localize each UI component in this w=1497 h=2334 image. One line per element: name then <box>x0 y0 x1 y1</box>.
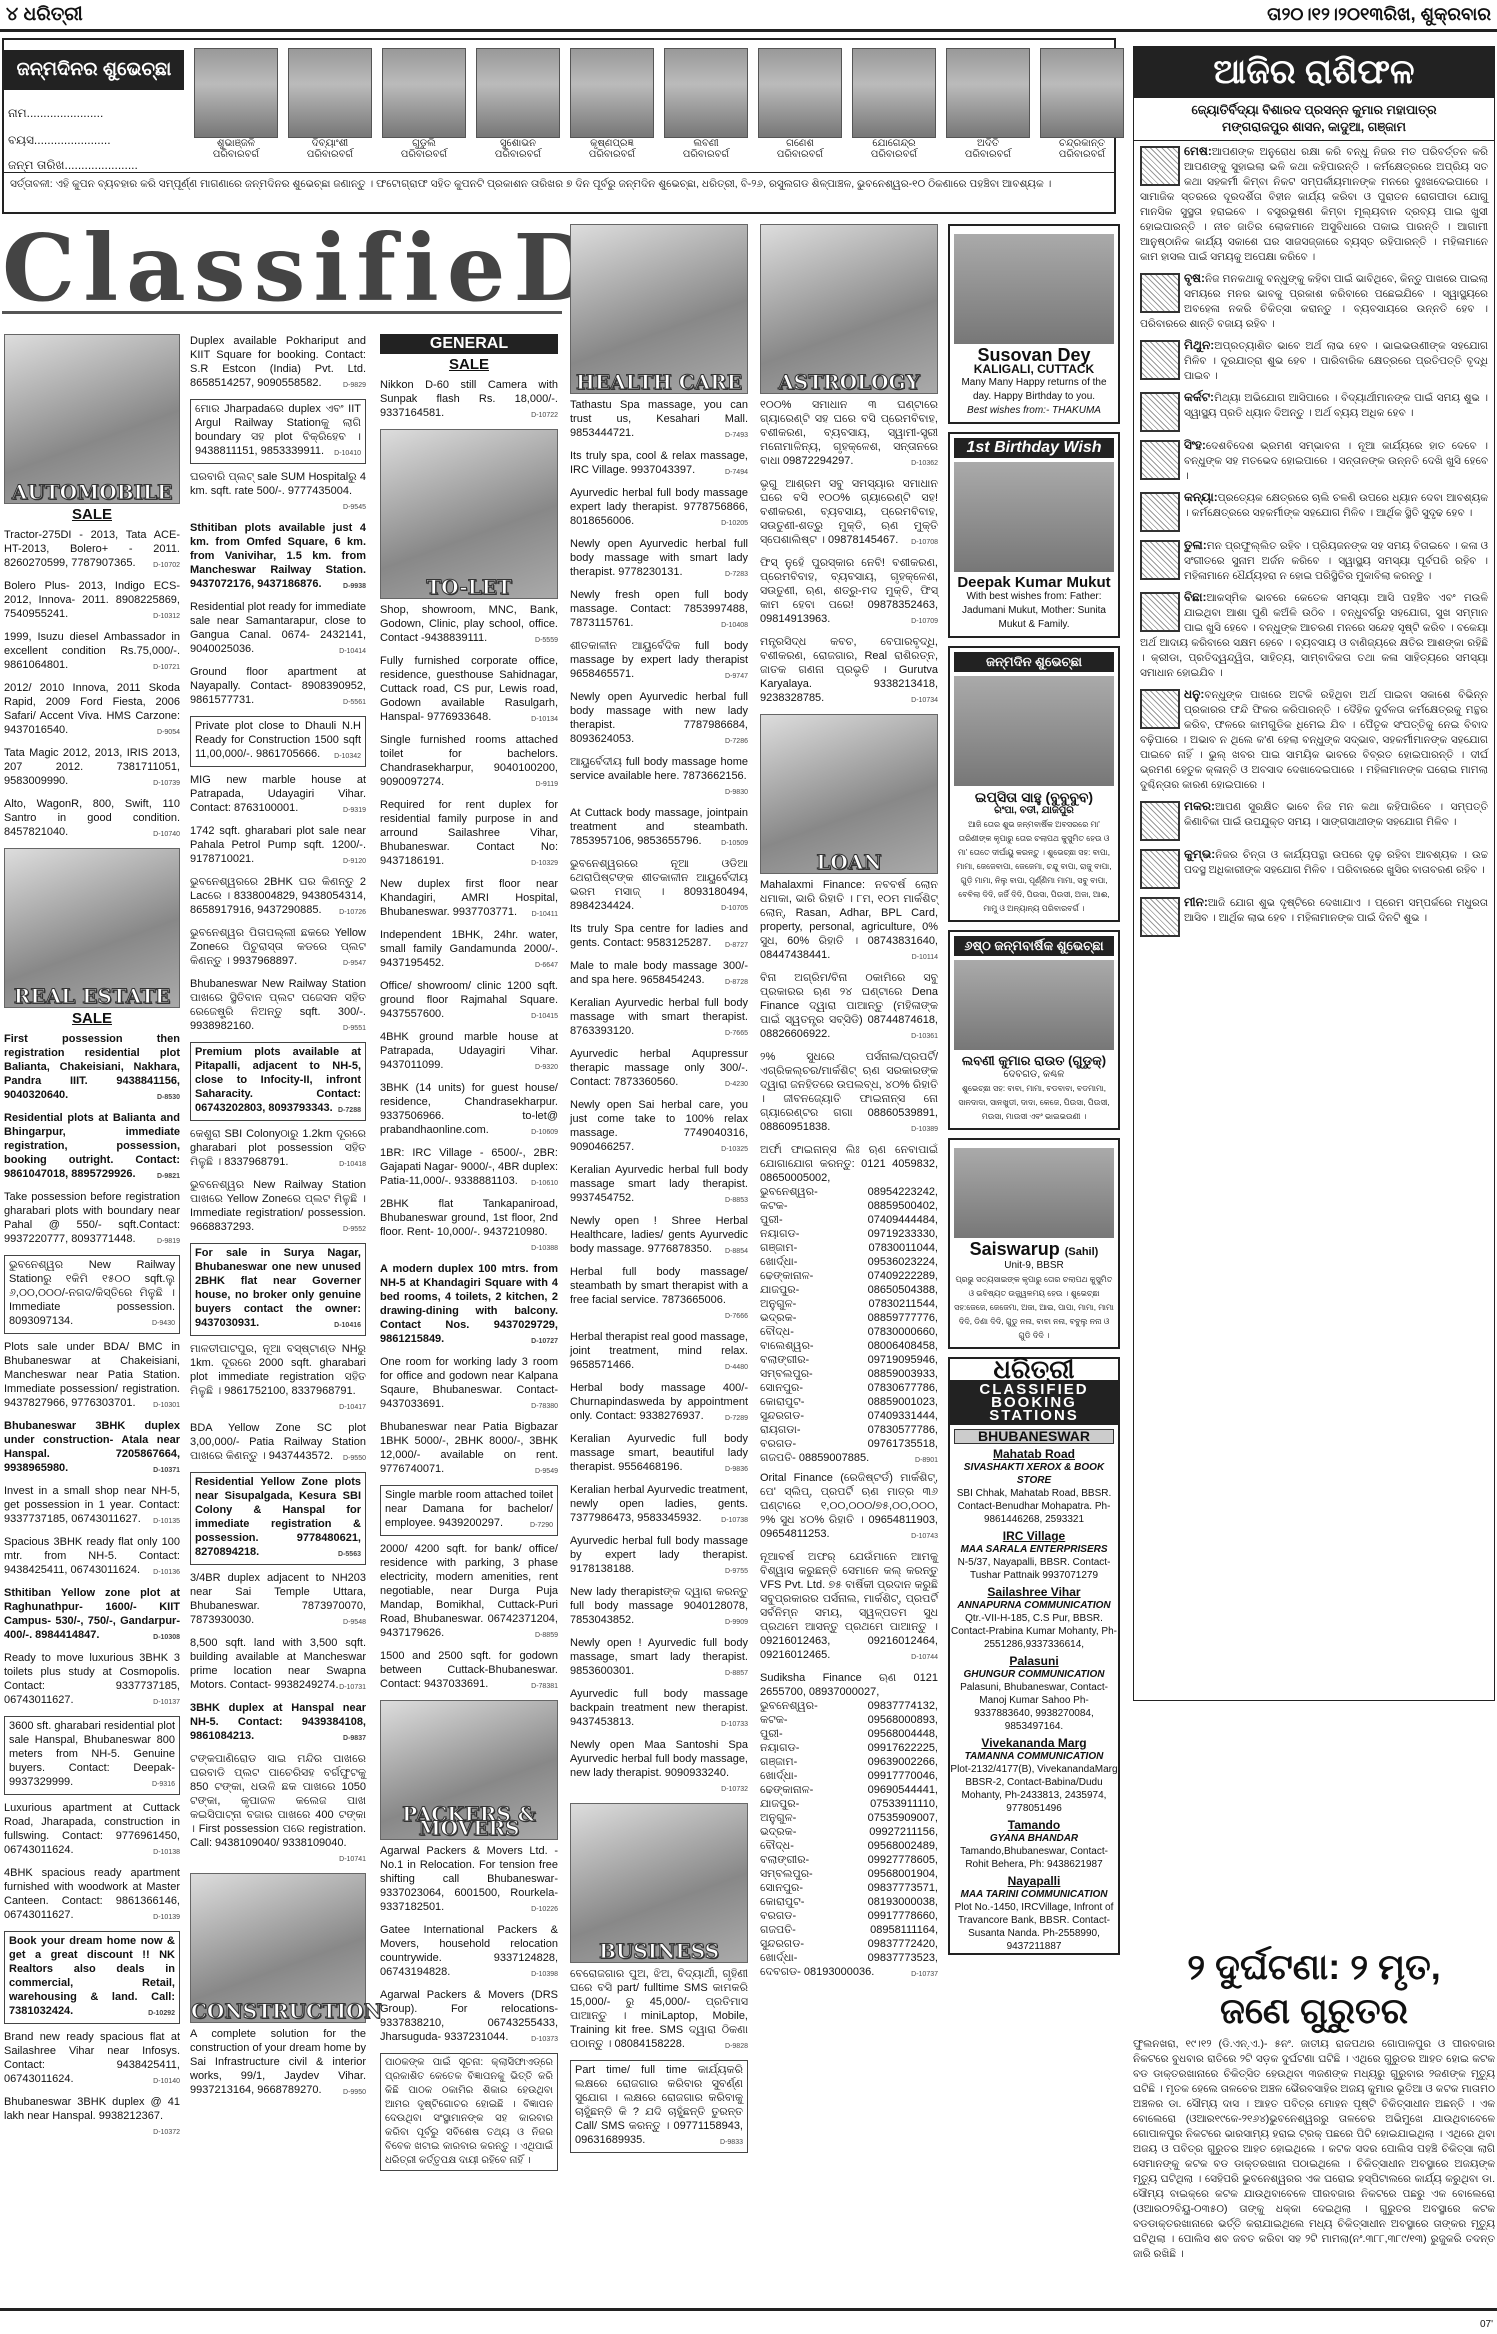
child-photo <box>954 462 1114 572</box>
loan-ads: Mahalaxmi Finance: ନବବର୍ଷ ଲୋନ ଧମାକା, ଭାର… <box>760 878 938 1979</box>
classified-ad: For sale in Surya Nagar, Bhubaneswar one… <box>190 1243 366 1336</box>
packers-ads: Agarwal Packers & Movers Ltd. - No.1 in … <box>380 1844 558 2047</box>
classified-ad: Single furnished rooms attached toilet f… <box>380 733 558 792</box>
general-sale-ads: Nikkon D-60 still Camera with Sunpak fla… <box>380 378 558 423</box>
packers-image: PACKERS & MOVERS <box>380 1700 558 1840</box>
classified-ad: 1BR: IRC Village - 6500/-, 2BR: Gajapati… <box>380 1146 558 1191</box>
classified-ad: ଭୁବନେଶ୍ୱର New Railway Stationରୁ ୧କିମି ୧୫… <box>4 1255 180 1334</box>
classified-ad: Duplex available Pokhariput and KIIT Squ… <box>190 334 366 393</box>
birthday-kid: ଲବଣୀପରିବାରବର୍ଗ <box>664 48 748 160</box>
automobile-image: AUTOMOBILE <box>4 334 180 504</box>
classified-ad: ମାଳତୀପାଟପୁର, ନୂଆ ବସ୍ଷ୍ଟାଣ୍ଡ NHରୁ 1km. ଦୂ… <box>190 1342 366 1415</box>
page-code: 07' <box>1480 2319 1493 2330</box>
classified-ad: ୧୦୦% ସମାଧାନ ୩ ଘଣ୍ଟାରେ ଗ୍ୟାରେଣ୍ଟି ସହ ଘରେ … <box>760 398 938 471</box>
horoscope-sign: ମୀନ:ଆଜି ଯୋଗ ଶୁଭ ଦୃଷ୍ଟିରେ ଦେଖାଯାଏ । ପ୍ରେମ… <box>1134 892 1494 940</box>
birthday-coupon-title: ଜନ୍ମଦିନର ଶୁଭେଚ୍ଛା <box>4 50 184 90</box>
classified-ad: MIG new marble house at Patrapada, Udaya… <box>190 773 366 818</box>
booking-station: NayapalliMAA TARINI COMMUNICATIONPlot No… <box>950 1875 1118 1953</box>
kid-photo <box>476 48 560 138</box>
age-field: ବୟସ....................... <box>8 133 111 148</box>
kid-photo <box>758 48 842 138</box>
booking-station: IRC VillageMAA SARALA ENTERPRISERSN-5/37… <box>950 1530 1118 1582</box>
child-photo <box>954 1148 1114 1238</box>
horoscope-sign: ମେଷ:ଆପଣଙ୍କ ଅନୁରୋଧ ରକ୍ଷା କରି ବନ୍ଧୁ ନିଜର ମ… <box>1134 141 1494 268</box>
realestate-label: REAL ESTATE <box>5 989 179 1003</box>
healthcare-label: HEALTH CARE <box>571 375 747 389</box>
realestate-ads-cont: Duplex available Pokhariput and KIIT Squ… <box>190 334 366 1867</box>
classified-ad: First possession then registration resid… <box>4 1032 180 1105</box>
general-heading: GENERAL <box>380 334 558 354</box>
classified-ad: Brand new ready spacious flat at Sailash… <box>4 2030 180 2089</box>
classified-masthead: ClassifieD <box>2 222 562 314</box>
horoscope-sign: କନ୍ୟା:ପ୍ରତ୍ୟେକ କ୍ଷେତ୍ରରେ ଚାଲି ଚଳଣି ଉପରେ … <box>1134 487 1494 535</box>
classified-ad: A modern duplex 100 mtrs. from NH-5 at K… <box>380 1262 558 1349</box>
general-sale-heading: SALE <box>380 358 558 372</box>
classified-ad: ନୂଆବର୍ଷ ଅଫର୍ ଯେଉଁମାନେ ଆମକୁ ବିଶ୍ୱାସ କରୁଛନ… <box>760 1550 938 1665</box>
classified-ad: Newly open Ayurvedic herbal full body ma… <box>570 690 748 749</box>
birthday-wish-ipsita: ଜନ୍ମଦିନ ଶୁଭେଚ୍ଛା ଇପ୍‌ସିତା ସାହୁ (ବୁବୁବୁବ)… <box>948 646 1120 922</box>
classified-ad: 1999, Isuzu diesel Ambassador in excelle… <box>4 630 180 675</box>
news-article: ୨ ଦୁର୍ଘଟଣା: ୨ ମୃତ, ଜଣେ ଗୁରୁତର ଫୁଲନଖରା, ୧… <box>1133 1945 1495 2262</box>
news-headline-2: ଜଣେ ଗୁରୁତର <box>1133 1989 1495 2033</box>
name-field: ନାମ....................... <box>8 106 103 121</box>
horoscope-sign: କର୍କଟ:ମିଥ୍ୟା ଅଭିଯୋଗ ଆସିପାରେ । ବିଦ୍ୟାର୍ଥୀ… <box>1134 387 1494 435</box>
realestate-ads: First possession then registration resid… <box>4 1032 180 2140</box>
classified-ad: ଶୀତକାଳୀନ ଆୟୁର୍ବେଦିକ full body massage by… <box>570 639 748 684</box>
birthday-coupon: ଜନ୍ମଦିନର ଶୁଭେଚ୍ଛା ନାମ...................… <box>2 38 1116 214</box>
booking-station: TamandoGYANA BHANDARTamando,Bhubaneswar,… <box>950 1819 1118 1871</box>
classified-ad: At Cuttack body massage, jointpain treat… <box>570 806 748 851</box>
tolet-image: TO-LET <box>380 429 558 599</box>
business-ads: ବେରୋଜଗାର ପୁଅ, ଝିଅ, ବିଦ୍ୟାର୍ଥୀ, ଗୃହିଣୀ ଘର… <box>570 1967 748 2153</box>
construction-image: CONSTRUCTION <box>190 1873 366 2023</box>
classified-ad: Residential plot ready for immediate sal… <box>190 600 366 659</box>
kid-photo <box>570 48 654 138</box>
classified-ad: ଭୁବନେଶ୍ୱରରେ ନୂଆ ଓଡିଆ ଥେରାପିଷ୍ଟଙ୍କ ଶୀତକାଳ… <box>570 857 748 916</box>
classified-ad: Newly open Ayurvedic herbal full body ma… <box>570 537 748 582</box>
classified-ad: Herbal therapist real good massage, join… <box>570 1330 748 1375</box>
page-header: ୪ ଧରିତ୍ରୀ ତା୨୦।୧୨।୨୦୧୩ରିଖ, ଶୁକ୍ରବାର <box>0 0 1497 32</box>
zodiac-icon <box>1140 540 1180 580</box>
footer-rule <box>0 2308 1497 2311</box>
classified-ad: 3600 sft. gharabari residential plot sal… <box>4 1716 180 1795</box>
birthday-kid: ଅଦିତିପରିବାରବର୍ଗ <box>946 48 1030 160</box>
classified-ad: Nikkon D-60 still Camera with Sunpak fla… <box>380 378 558 423</box>
construction-label: CONSTRUCTION <box>191 2004 365 2018</box>
classified-ad: Fully furnished corporate office, reside… <box>380 654 558 727</box>
classified-ad: ଭୁବନେଶ୍ୱର ପିତାପଲ୍ଲୀ ଛକରେ Yellow Zoneରେ ପ… <box>190 926 366 971</box>
classified-ad: Bhubaneswar New Railway Station ପାଖରେ ସ୍… <box>190 977 366 1036</box>
classified-ad: Tata Magic 2012, 2013, IRIS 2013, 207 20… <box>4 746 180 791</box>
column-automobile-realestate: AUTOMOBILE SALE Tractor-275DI - 2013, Ta… <box>4 334 180 2146</box>
classified-ad: Ayurvedic herbal full body massage by ex… <box>570 1534 748 1579</box>
birthday-wish-deepak: 1st Birthday Wish Deepak Kumar Mukut Wit… <box>948 432 1120 638</box>
classified-ad: 1742 sqft. gharabari plot sale near Paha… <box>190 824 366 869</box>
zodiac-icon <box>1140 340 1180 380</box>
healthcare-ads: Tathastu Spa massage, you can trust us, … <box>570 398 748 1797</box>
classified-ad: ବିନା ଅଗ୍ରିମ/ବିନା ଠକାମିରେ ସବୁ ପ୍ରକାରର ଋଣ … <box>760 971 938 1044</box>
birthday-kid: ଶୁଭାଞ୍ଜଳିପରିବାରବର୍ଗ <box>194 48 278 160</box>
tolet-label: TO-LET <box>381 580 557 594</box>
classified-ad: Bhubaneswar near Patia Bigbazar 1BHK 500… <box>380 1420 558 1479</box>
classified-ad: Orital Finance (ରେଜିଷ୍ଟର୍ଡ) ମାର୍କଶିଟ୍, ପ… <box>760 1471 938 1544</box>
classified-ad: 2000/ 4200 sqft. for bank/ office/ resid… <box>380 1542 558 1643</box>
classified-ad: କେଶୁରା SBI Colonyଠାରୁ 1.2km ଦୂରରେ gharab… <box>190 1127 366 1172</box>
classified-ad: Agarwal Packers & Movers (DRS Group). Fo… <box>380 1988 558 2047</box>
zodiac-icon <box>1140 146 1180 186</box>
classified-ad: Alto, WagonR, 800, Swift, 110 Santro in … <box>4 797 180 842</box>
classified-ad: ମନ୍ତ୍ରସିଦ୍ଧ କବଚ, ବେପାରବୃଦ୍ଧି, ବଶୀକରଣ, ରୋ… <box>760 635 938 708</box>
booking-stations: ଧରିତ୍ରୀ CLASSIFIED BOOKING STATIONS BHUB… <box>948 1357 1120 1955</box>
classified-ad: Ready to move luxurious 3BHK 3 toilets p… <box>4 1651 180 1710</box>
birthday-wish-saiswarup: Saiswarup (Sahil) Unit-9, BBSR ପ୍ରଭୁ ସତ୍… <box>948 1138 1120 1349</box>
finance-branch-list: ଅର୍ଫା ଫାଇନାନ୍ସ ଲିଃ ଋଣ ନେବାପାଇଁ ଯୋଗାଯୋଗ କ… <box>760 1143 938 1465</box>
dharitri-logo: ଧରିତ୍ରୀ <box>950 1359 1118 1380</box>
birthday-kid: କୃଷ୍ଣପ୍ରଜ୍ଞପରିବାରବର୍ଗ <box>570 48 654 160</box>
classified-ad: Sthitiban Yellow zone plot at Raghunathp… <box>4 1586 180 1645</box>
kid-photo <box>194 48 278 138</box>
classified-ad: Private plot close to Dhauli N.H Ready f… <box>190 716 366 767</box>
loan-label: LOAN <box>761 855 937 869</box>
horoscope-sign: ବିଛା:ଆକସ୍ମିକ ଭାବରେ କେତେକ ସମସ୍ୟା ଆସି ପହଞ୍… <box>1134 587 1494 684</box>
zodiac-icon <box>1140 689 1180 729</box>
birthday-kid: ଗୁଡୁଲିପରିବାରବର୍ଗ <box>382 48 466 160</box>
classified-ad: 2BHK flat Tankapaniroad, Bhubaneswar gro… <box>380 1197 558 1256</box>
classified-ad: Invest in a small shop near NH-5, get po… <box>4 1484 180 1529</box>
kid-photo <box>1040 48 1124 138</box>
birthday-kid: ଗଣେଶପରିବାରବର୍ଗ <box>758 48 842 160</box>
astrology-image: ASTROLOGY <box>760 224 938 394</box>
child-photo <box>954 234 1114 344</box>
birthday-wish-susovan: Susovan Dey KALIGALI, CUTTACK Many Many … <box>948 224 1120 424</box>
zodiac-icon <box>1140 492 1180 532</box>
finance-branch-list: Sudiksha Finance ଋଣ 0121 2655700, 089370… <box>760 1671 938 1979</box>
horoscope-sign: ସିଂହ:ଦେଶବିଦେଶ ଭ୍ରମଣ ସମ୍ଭାବନା । ନୂଆ କାର୍ଯ… <box>1134 435 1494 487</box>
classified-ad: ଭୁବନେଶ୍ୱର New Railway Station ପାଖରେ Yell… <box>190 1178 366 1237</box>
booking-station: Sailashree ViharANNAPURNA COMMUNICATIONQ… <box>950 1586 1118 1651</box>
tolet-ads: Shop, showroom, MNC, Bank, Godown, Clini… <box>380 603 558 1694</box>
classified-ad: Herbal full body massage/ steambath by s… <box>570 1265 748 1324</box>
horoscope-author: ଜ୍ୟୋତିର୍ବିଦ୍ୟା ବିଶାରଦ ପ୍ରସନ୍ନ କୁମାର ମହାପ… <box>1134 98 1494 141</box>
business-image: BUSINESS <box>570 1803 748 1963</box>
classified-ad: New lady therapistଙ୍କ ଦ୍ୱାରା କରନ୍ତୁ full… <box>570 1585 748 1630</box>
birthday-wish-labani: ୬ଷ୍ଠ ଜନ୍ମବାର୍ଷିକ ଶୁଭେଚ୍ଛା ଲବଣୀ କୁମାର ରାଉ… <box>948 930 1120 1130</box>
classified-ad: Required for rent duplex for residential… <box>380 798 558 871</box>
booking-station: Mahatab RoadSIVASHAKTI XEROX & BOOK STOR… <box>950 1448 1118 1526</box>
classified-ad: Mahalaxmi Finance: ନବବର୍ଷ ଲୋନ ଧମାକା, ଭାର… <box>760 878 938 965</box>
kid-photo <box>288 48 372 138</box>
reader-disclaimer: ପାଠକଙ୍କ ପାଇଁ ସୂଚନା: କ୍ଲାସିଫାଏଡ୍‌ରେ ପ୍ରକା… <box>380 2053 558 2171</box>
classified-ad: Office/ showroom/ clinic 1200 sqft. grou… <box>380 979 558 1024</box>
classified-ad: ଆୟୁର୍ବେଦୀୟ full body massage home servic… <box>570 755 748 800</box>
booking-city: BHUBANESWAR <box>954 1429 1114 1444</box>
classified-ad: Spacious 3BHK ready flat only 100 mtr. f… <box>4 1535 180 1580</box>
zodiac-icon <box>1140 392 1180 432</box>
page-number: ୪ ଧରିତ୍ରୀ <box>6 4 83 26</box>
realestate-image: REAL ESTATE <box>4 848 180 1008</box>
classified-ad: Bhubaneswar 3BHK duplex @ 41 lakh near H… <box>4 2095 180 2140</box>
automobile-sale-heading: SALE <box>4 508 180 522</box>
classified-ad: Herbal body massage 400/- Churnapindaswe… <box>570 1381 748 1426</box>
classified-ad: ୨% ସୁଧରେ ପର୍ସନାଲ/ପ୍ରପର୍ଟି/ଏଗ୍ରିକଲ୍ଚର/ମାର… <box>760 1050 938 1137</box>
zodiac-icon <box>1140 897 1180 937</box>
classified-ad: Ground floor apartment at Nayapally. Con… <box>190 665 366 710</box>
classified-ad: Newly open Maa Santoshi Spa Ayurvedic he… <box>570 1738 748 1797</box>
automobile-label: AUTOMOBILE <box>5 485 179 499</box>
classified-ad: Shop, showroom, MNC, Bank, Godown, Clini… <box>380 603 558 648</box>
classified-ad: ଭୃଗୁ ଆଶ୍ରମ ସବୁ ସମସ୍ୟାର ସମାଧାନ ଘରେ ବସି ୧୦… <box>760 477 938 550</box>
classified-ad: 3BHK duplex at Hanspal near NH-5. Contac… <box>190 1701 366 1746</box>
classified-ad: 1500 and 2500 sqft. for godown between C… <box>380 1649 558 1694</box>
child-photo <box>954 676 1114 786</box>
classified-ad: ଭୁବନେଶ୍ୱରରେ 2BHK ଘର କିଣନ୍ତୁ 2 Lacରେ । 83… <box>190 875 366 920</box>
astrology-label: ASTROLOGY <box>761 375 937 389</box>
classified-ad: Plots sale under BDA/ BMC in Bhubaneswar… <box>4 1340 180 1413</box>
horoscope-sign: କୁମ୍ଭ:ନିଜର ଚିନ୍ତା ଓ କାର୍ଯ୍ୟପନ୍ଥା ଉପରେ ଦୃ… <box>1134 844 1494 892</box>
news-body: ଫୁଲନଖରା, ୧୯।୧୨ (ଡି.ଏନ୍.ଏ.)- ୫ନଂ. ଜାତୀୟ ର… <box>1133 2037 1495 2262</box>
booking-station: Vivekananda MargTAMANNA COMMUNICATIONPlo… <box>950 1737 1118 1815</box>
column-healthcare: HEALTH CARE Tathastu Spa massage, you ca… <box>570 224 748 2159</box>
column-general-tolet: GENERAL SALE Nikkon D-60 still Camera wi… <box>380 334 558 2177</box>
birthday-kid: ଚନ୍ଦ୍ରକାନ୍ତପରିବାରବର୍ଗ <box>1040 48 1124 160</box>
zodiac-icon <box>1140 801 1180 841</box>
healthcare-image: HEALTH CARE <box>570 224 748 394</box>
kid-photo <box>946 48 1030 138</box>
classified-ad: Bhubaneswar 3BHK duplex under constructi… <box>4 1419 180 1478</box>
classified-ad: Newly open Sai herbal care, you just com… <box>570 1098 748 1157</box>
classified-ad: Ayurvedic herbal full body massage exper… <box>570 486 748 531</box>
horoscope-sign: ମିଥୁନ:ଅପ୍ରତ୍ୟାଶିତ ଭାବେ ଅର୍ଥ ଲାଭ ହେବ । ଭା… <box>1134 335 1494 387</box>
classified-ad: Keralian Ayurvedic herbal full body mass… <box>570 1163 748 1208</box>
horoscope-sign: ବୃଷ:ନିଜ ମନକଥାକୁ ବନ୍ଧୁଙ୍କୁ କହିବା ପାଇଁ ଭାବ… <box>1134 268 1494 335</box>
header-rule <box>0 29 1497 32</box>
classified-ad: Luxurious apartment at Cuttack Road, Jha… <box>4 1801 180 1860</box>
column-realestate-cont: Duplex available Pokhariput and KIIT Squ… <box>190 334 366 2103</box>
classified-ad: Keralian Ayurvedic full body massage sma… <box>570 1432 748 1477</box>
classified-ad: ଘରବାରି ପ୍ଲଟ୍ sale SUM Hospitalରୁ 4 km. s… <box>190 470 366 515</box>
coupon-terms: ସର୍ତ୍ତାବଳୀ: ଏହି କୁପନ ବ୍ୟବହାର କରି ସମ୍ପୂର୍… <box>4 172 1114 196</box>
classified-ad: Single marble room attached toilet near … <box>380 1485 558 1536</box>
classified-ad: Newly fresh open full body massage. Cont… <box>570 588 748 633</box>
classified-ad: Ayurvedic full body massage backpain tre… <box>570 1687 748 1732</box>
birthday-kid: ସୁଶୋଭନପରିବାରବର୍ଗ <box>476 48 560 160</box>
classified-ad: Keralian herbal Ayurvedic treatment, new… <box>570 1483 748 1528</box>
horoscope-signs: ମେଷ:ଆପଣଙ୍କ ଅନୁରୋଧ ରକ୍ଷା କରି ବନ୍ଧୁ ନିଜର ମ… <box>1134 141 1494 940</box>
construction-ad: A complete solution for the construction… <box>190 2027 366 2097</box>
zodiac-icon <box>1140 849 1180 889</box>
classified-ad: Newly open ! Shree Herbal Healthcare, la… <box>570 1214 748 1259</box>
child-photo <box>954 960 1114 1050</box>
zodiac-icon <box>1140 273 1180 313</box>
classified-ad: Gatee International Packers & Movers, ho… <box>380 1923 558 1982</box>
birthday-kids-row: ଶୁଭାଞ୍ଜଳିପରିବାରବର୍ଗଦିବ୍ୟାଂଶୀପରିବାରବର୍ଗଗୁ… <box>194 48 1124 160</box>
classified-ad: Take possession before registration ghar… <box>4 1190 180 1249</box>
horoscope-sign: ମକର:ଆପଣ ସୁରକ୍ଷିତ ଭାବେ ନିଜ ମନ କଥା କହିପାରି… <box>1134 796 1494 844</box>
classified-ad: ବେରୋଜଗାର ପୁଅ, ଝିଅ, ବିଦ୍ୟାର୍ଥୀ, ଗୃହିଣୀ ଘର… <box>570 1967 748 2054</box>
astrology-ads: ୧୦୦% ସମାଧାନ ୩ ଘଣ୍ଟାରେ ଗ୍ୟାରେଣ୍ଟି ସହ ଘରେ … <box>760 398 938 708</box>
classified-ad: Bolero Plus- 2013, Indigo ECS- 2012, Inn… <box>4 579 180 624</box>
column-astrology-loan: ASTROLOGY ୧୦୦% ସମାଧାନ ୩ ଘଣ୍ଟାରେ ଗ୍ୟାରେଣ୍… <box>760 224 938 1985</box>
zodiac-icon <box>1140 592 1180 632</box>
classified-ad: Part time/ full time କାର୍ଯ୍ୟକରି ଲକ୍ଷରେ ର… <box>570 2060 748 2153</box>
news-headline-1: ୨ ଦୁର୍ଘଟଣା: ୨ ମୃତ, <box>1133 1945 1495 1989</box>
classified-ad: ମୋର Jharpadaରେ duplex ଏବଂ IIT Argul Rail… <box>190 399 366 464</box>
classified-ad: Book your dream home now & get a great d… <box>4 1931 180 2024</box>
classified-ad: Residential Yellow Zone plots near Sisup… <box>190 1472 366 1565</box>
classified-ad: 2012/ 2010 Innova, 2011 Skoda Rapid, 200… <box>4 681 180 740</box>
packers-label: PACKERS & MOVERS <box>381 1807 557 1835</box>
classified-ad: 8,500 sqft. land with 3,500 sqft. buildi… <box>190 1636 366 1695</box>
birthday-kid: ଯୋଗେନ୍ଦ୍ରପରିବାରବର୍ଗ <box>852 48 936 160</box>
classified-ad: 3/4BR duplex adjacent to NH203 near Sai … <box>190 1571 366 1630</box>
page-date: ତା୨୦।୧୨।୨୦୧୩ରିଖ, ଶୁକ୍ରବାର <box>1267 4 1491 25</box>
classified-ad: 3BHK (14 units) for guest house/ residen… <box>380 1081 558 1140</box>
classified-ad: Tractor-275DI - 2013, Tata ACE- HT-2013,… <box>4 528 180 573</box>
classified-ad: Male to male body massage 300/- and spa … <box>570 959 748 990</box>
station-list: Mahatab RoadSIVASHAKTI XEROX & BOOK STOR… <box>950 1448 1118 1953</box>
classified-ad: Tathastu Spa massage, you can trust us, … <box>570 398 748 443</box>
classified-ad: 4BHK spacious ready apartment furnished … <box>4 1866 180 1925</box>
classified-ad: Newly open ! Ayurvedic full body massage… <box>570 1636 748 1681</box>
kid-photo <box>664 48 748 138</box>
classified-ad: One room for working lady 3 room for off… <box>380 1355 558 1414</box>
classified-ad: Sthitiban plots available just 4 km. fro… <box>190 521 366 594</box>
column-wishes-stations: Susovan Dey KALIGALI, CUTTACK Many Many … <box>948 224 1120 1955</box>
kid-photo <box>852 48 936 138</box>
classified-ad: ଫିସ୍ ନୁହେଁ ପୁରସ୍କାର ନେବି! ବଶୀକରଣ, ପ୍ରେମବ… <box>760 556 938 629</box>
horoscope-title: ଆଜିର ରାଶିଫଳ <box>1134 47 1494 98</box>
classified-ad: ଟଙ୍କପାଣିରୋଡ ସାଇ ମନ୍ଦିର ପାଖରେ ଘରବାଡି ପ୍ଲଟ… <box>190 1752 366 1867</box>
classified-ad: Independent 1BHK, 24hr. water, small fam… <box>380 928 558 973</box>
dob-field: ଜନ୍ମ ତାରିଖ...................... <box>8 158 138 173</box>
loan-image: LOAN <box>760 714 938 874</box>
horoscope-sign: ତୁଳା:ମନ ପ୍ରଫୁଲ୍ଲିତ ରହିବ । ପ୍ରିୟଜନଙ୍କ ସହ … <box>1134 535 1494 587</box>
classified-ad: Ayurvedic herbal Aqupressur therapic mas… <box>570 1047 748 1092</box>
horoscope-sign: ଧନୁ:ବନ୍ଧୁଙ୍କ ପାଖରେ ଅଟକି ରହିଥିବା ଅର୍ଥ ପାଇ… <box>1134 684 1494 796</box>
classified-ad: Residential plots at Balianta and Bhinga… <box>4 1111 180 1184</box>
booking-stations-title: CLASSIFIED BOOKING STATIONS <box>950 1380 1118 1425</box>
zodiac-icon <box>1140 440 1180 480</box>
horoscope-section: ଆଜିର ରାଶିଫଳ ଜ୍ୟୋତିର୍ବିଦ୍ୟା ବିଶାରଦ ପ୍ରସନ୍… <box>1133 46 1495 1701</box>
birthday-kid: ଦିବ୍ୟାଂଶୀପରିବାରବର୍ଗ <box>288 48 372 160</box>
classified-ad: Its truly spa, cool & relax massage, IRC… <box>570 449 748 480</box>
realestate-sale-heading: SALE <box>4 1012 180 1026</box>
classified-ad: 4BHK ground marble house at Patrapada, U… <box>380 1030 558 1075</box>
classified-ad: BDA Yellow Zone SC plot 3,00,000/- Patia… <box>190 1421 366 1466</box>
classified-ad: Agarwal Packers & Movers Ltd. - No.1 in … <box>380 1844 558 1917</box>
automobile-ads: Tractor-275DI - 2013, Tata ACE- HT-2013,… <box>4 528 180 842</box>
classified-ad: Its truly Spa centre for ladies and gent… <box>570 922 748 953</box>
booking-station: PalasuniGHUNGUR COMMUNICATIONPalasuni, B… <box>950 1655 1118 1733</box>
classified-ad: New duplex first floor near Khandagiri, … <box>380 877 558 922</box>
classified-ad: Premium plots available at Pitapalli, ad… <box>190 1042 366 1121</box>
business-label: BUSINESS <box>571 1944 747 1958</box>
kid-photo <box>382 48 466 138</box>
classified-ad: Keralian Ayurvedic herbal full body mass… <box>570 996 748 1041</box>
